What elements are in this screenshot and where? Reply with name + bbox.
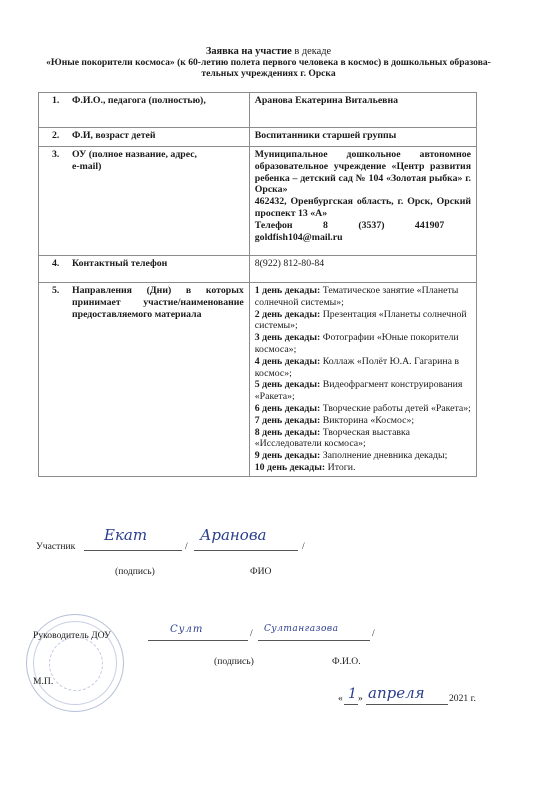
table-row: 2.Ф.И, возраст детей Воспитанники старше… [39,128,477,147]
table-row: 4.Контактный телефон 8(922) 812-80-84 [39,256,477,283]
subtitle-line-1: «Юные покорители космоса» (к 60-летию по… [0,57,537,68]
row-number: 3. [44,149,72,173]
application-table: 1.Ф.И.О., педагога (полностью), Аранова … [38,92,477,477]
table-row: 1.Ф.И.О., педагога (полностью), Аранова … [39,93,477,128]
table-row: 5.Направления (Дни) в которых принимает … [39,283,477,477]
separator: / [250,628,253,639]
head-name-caption: Ф.И.О. [332,656,361,667]
table-row: 3.ОУ (полное название, адрес, e-mail) Му… [39,147,477,256]
day-item: 8 день декады: Творческая выставка «Иссл… [255,427,471,451]
date-open-quote: « [338,693,343,704]
teacher-name: Аранова Екатерина Витальевна [249,93,476,128]
day-item: 7 день декады: Викторина «Космос»; [255,415,471,427]
title-bold: Заявка на участие [206,46,292,57]
row-number: 2. [44,130,72,142]
document-header: Заявка на участие в декаде «Юные покорит… [0,46,537,79]
organization-email: goldfish104@mail.ru [255,232,471,244]
document-title: Заявка на участие в декаде [0,46,537,57]
day-item: 6 день декады: Творческие работы детей «… [255,403,471,415]
title-light: в декаде [294,46,331,57]
row-number: 5. [44,285,72,320]
organization-name: Муниципальное дошкольное автономное обра… [255,149,471,196]
day-item: 5 день декады: Видеофрагмент конструиров… [255,379,471,403]
row-label: Ф.И.О., педагога (полностью), [72,95,244,107]
children-info: Воспитанники старшей группы [249,128,476,147]
head-label: Руководитель ДОУ [33,630,111,641]
participant-signature-caption: (подпись) [115,566,155,577]
row-label: Направления (Дни) в которых принимает уч… [72,285,244,320]
subtitle-line-2: тельных учреждениях г. Орска [0,68,537,79]
row-label: Ф.И, возраст детей [72,130,244,142]
participant-name-handwriting: Аранова [200,526,267,544]
date-month: апреля [368,684,425,702]
day-item: 2 день декады: Презентация «Планеты солн… [255,309,471,333]
contact-phone: 8(922) 812-80-84 [249,256,476,283]
day-item: 1 день декады: Тематическое занятие «Пла… [255,285,471,309]
stamp-place-label: М.П. [33,676,53,687]
participant-signature: Екат [104,526,147,544]
day-item: 9 день декады: Заполнение дневника декад… [255,450,471,462]
separator: / [372,628,375,639]
head-name-handwriting: Султангазова [264,624,339,634]
organization-info: Муниципальное дошкольное автономное обра… [249,147,476,256]
organization-address: 462432, Оренбургская область, г. Орск, О… [255,196,471,220]
date-year: 2021 г. [449,693,476,704]
official-stamp [26,614,124,712]
day-item: 10 день декады: Итоги. [255,462,471,474]
date-close-quote: » [358,693,363,704]
row-number: 4. [44,258,72,270]
row-label: Контактный телефон [72,258,244,270]
separator: / [302,541,305,552]
date-day: 1 [348,686,357,702]
stamp-inner-ring [49,637,103,691]
head-signature: Султ [170,624,203,635]
row-label: ОУ (полное название, адрес, e-mail) [72,149,244,173]
day-item: 4 день декады: Коллаж «Полёт Ю.А. Гагари… [255,356,471,380]
separator: / [185,541,188,552]
participant-label: Участник [36,541,75,552]
head-signature-caption: (подпись) [214,656,254,667]
participant-name-caption: ФИО [250,566,271,577]
days-list: 1 день декады: Тематическое занятие «Пла… [249,283,476,477]
organization-phone: Телефон 8 (3537) 441907 [255,220,471,232]
day-item: 3 день декады: Фотографии «Юные покорите… [255,332,471,356]
row-number: 1. [44,95,72,107]
